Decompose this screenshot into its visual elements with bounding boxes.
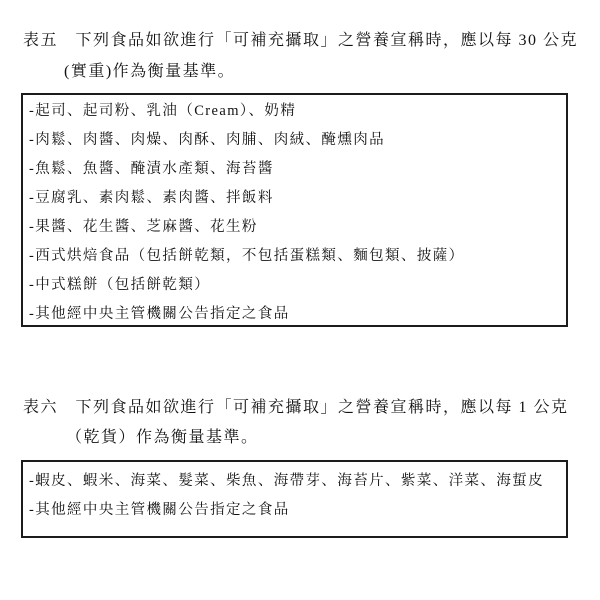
table5-item-western-baked: -西式烘焙食品（包括餅乾類，不包括蛋糕類、麵包類、披薩）	[29, 242, 566, 271]
table5-title-line2: (實重)作為衡量基準。	[64, 61, 235, 83]
table6-item-dried-seafood: -蝦皮、蝦米、海菜、髮菜、柴魚、海帶芽、海苔片、紫菜、洋菜、海蜇皮	[29, 467, 566, 496]
table6-item-other: -其他經中央主管機關公告指定之食品	[29, 496, 566, 525]
table5-food-list-box: -起司、起司粉、乳油（Cream）、奶精 -肉鬆、肉醬、肉燥、肉酥、肉脯、肉絨、…	[21, 93, 568, 327]
table6-food-list-box: -蝦皮、蝦米、海菜、髮菜、柴魚、海帶芽、海苔片、紫菜、洋菜、海蜇皮 -其他經中央…	[21, 460, 568, 538]
table5-item-other: -其他經中央主管機關公告指定之食品	[29, 300, 566, 329]
document-page: 表五 下列食品如欲進行「可補充攝取」之營養宣稱時，應以每 30 公克 (實重)作…	[0, 0, 600, 600]
table5-title-line1: 表五 下列食品如欲進行「可補充攝取」之營養宣稱時，應以每 30 公克	[23, 30, 578, 52]
table5-item-jam: -果醬、花生醬、芝麻醬、花生粉	[29, 213, 566, 242]
table5-item-tofu: -豆腐乳、素肉鬆、素肉醬、拌飯料	[29, 184, 566, 213]
table6-title-line2: （乾貨）作為衡量基準。	[66, 427, 259, 449]
table5-item-fish: -魚鬆、魚醬、醃漬水產類、海苔醬	[29, 155, 566, 184]
table6-title-line1: 表六 下列食品如欲進行「可補充攝取」之營養宣稱時，應以每 1 公克	[23, 397, 569, 419]
table5-item-chinese-pastry: -中式糕餅（包括餅乾類）	[29, 271, 566, 300]
table5-item-cheese: -起司、起司粉、乳油（Cream）、奶精	[29, 97, 566, 126]
table5-item-meat: -肉鬆、肉醬、肉燥、肉酥、肉脯、肉絨、醃燻肉品	[29, 126, 566, 155]
